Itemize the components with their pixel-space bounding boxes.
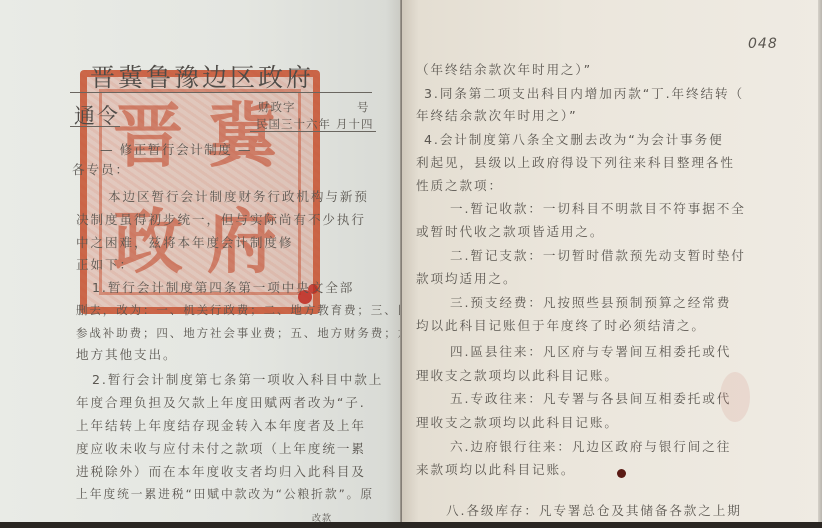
- paragraph-line: 二.暂记支款：一切暂时借款预先动支暂时垫付: [450, 250, 746, 263]
- page-number: 048: [748, 36, 778, 52]
- paragraph-line: 或暂时代收之款项皆适用之。: [416, 226, 604, 239]
- paragraph-line: 六.边府银行往来：凡边区政府与银行间之往: [450, 441, 731, 454]
- paragraph-line: 五.专政往来：凡专署与各县间互相委托或代: [450, 393, 731, 406]
- paragraph-line: 性质之款项：: [416, 180, 503, 193]
- paragraph-line: 一.暂记收款：一切科目不明款目不符事据不全: [450, 203, 746, 216]
- paragraph-line: 地方其他支出。: [76, 349, 177, 362]
- reference-label: 财政字: [258, 99, 296, 115]
- paragraph-line: 1.暂行会计制度第四条第一项中央文全部: [92, 282, 354, 295]
- paragraph-line: 决制度虽得初步统一，但与实际尚有不少执行: [76, 214, 366, 227]
- stain: [720, 372, 750, 422]
- reference-number: 号: [357, 99, 370, 115]
- paragraph-line: 八.各级库存：凡专署总仓及其储备各款之上期: [446, 505, 742, 518]
- paragraph-line: 中之困难，兹将本年度会计制度修: [76, 237, 293, 250]
- paragraph-line: 理收支之款项均以此科目记账。: [416, 417, 619, 430]
- paragraph-line: 正如下：: [76, 259, 134, 272]
- paragraph-line: 2.暂行会计制度第七条第一项收入科目中款上: [92, 374, 383, 387]
- paragraph-line: 删去，改为：一、机关行政费；二、地方教育费；三、民兵: [76, 305, 402, 317]
- header-rule: [70, 92, 372, 93]
- page-edge: [818, 0, 822, 522]
- paragraph-line: 利起见，县级以上政府得设下列往来科目整理各性: [416, 157, 735, 170]
- paragraph-line: （年终结余款次年时用之）”: [416, 64, 592, 77]
- paragraph-line: 来款项均以此科目记账。: [416, 464, 575, 477]
- issuer-title: 晋冀鲁豫边区政府: [90, 58, 314, 94]
- left-page: 晋 冀 政 府 晋冀鲁豫边区政府 通令 财政字 号 民国三十六年 月十四 — 修…: [0, 0, 402, 522]
- paragraph-line: 3.同条第二项支出科目内增加丙款“丁.年终结转（: [424, 88, 744, 101]
- paragraph-line: 年终结余款次年时用之）”: [416, 110, 578, 123]
- paragraph-line: 4.会计制度第八条全文删去改为“为会计事务便: [424, 134, 724, 147]
- paragraph-line: 度应收未收与应付未付之款项（上年度统一累: [76, 443, 366, 456]
- salutation: 各专员：: [72, 164, 130, 177]
- paragraph-line: 四.區县往来：凡区府与专署间互相委托或代: [450, 346, 731, 359]
- ink-blot: [617, 469, 626, 478]
- date-underline: [250, 131, 376, 132]
- paragraph-line: 三.预支经费：凡按照些县预制预算之经常费: [450, 297, 731, 310]
- paragraph-line: 年度合理负担及欠款上年度田赋两者改为“子.: [76, 397, 366, 410]
- subject-line: — 修正暂行会计制度 —: [100, 139, 252, 158]
- paragraph-line: 本边区暂行会计制度财务行政机构与新预: [108, 191, 369, 204]
- paragraph-line: 上年结转上年度结存现金转入本年度者及上年: [76, 420, 366, 433]
- date-month-day: 月十四: [336, 116, 374, 132]
- paragraph-line: 理收支之款项均以此科目记账。: [416, 370, 619, 383]
- margin-note: 改款: [312, 511, 332, 522]
- scan-border: [0, 522, 822, 528]
- paragraph-line: 进税除外）而在本年度收支者均归入此科目及: [76, 466, 366, 479]
- document-spread: 晋 冀 政 府 晋冀鲁豫边区政府 通令 财政字 号 民国三十六年 月十四 — 修…: [0, 0, 822, 522]
- paragraph-line: 参战补助费；四、地方社会事业费；五、地方财务费；六、: [76, 328, 402, 340]
- seal-glyph: 晋: [113, 101, 183, 171]
- paragraph-line: 均以此科目记账但于年度终了时必须结清之。: [416, 320, 706, 333]
- doc-type-underline: [70, 126, 120, 127]
- paragraph-line: 款项均适用之。: [416, 273, 517, 286]
- paragraph-line: 上年度统一累进税“田赋中款改为“公粮折款”。原: [76, 489, 374, 501]
- right-page: 048 （年终结余款次年时用之）” 3.同条第二项支出科目内增加丙款“丁.年终结…: [402, 0, 822, 522]
- date-year: 民国三十六年: [256, 116, 331, 132]
